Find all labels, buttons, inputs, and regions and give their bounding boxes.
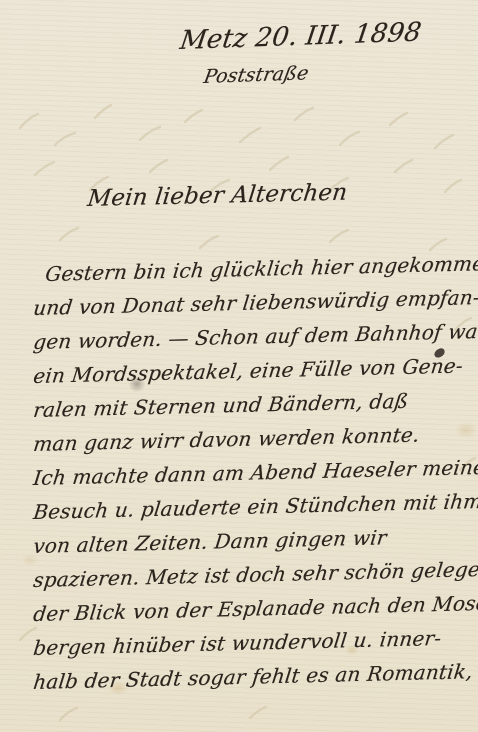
body-line: bergen hinüber ist wundervoll u. inner-	[32, 626, 443, 660]
body-line: und von Donat sehr liebenswürdig empfan-	[32, 285, 478, 320]
body-line: spazieren. Metz ist doch sehr schön gele…	[32, 557, 478, 592]
body-line: Besuch u. plauderte ein Stündchen mit ih…	[32, 489, 478, 524]
dateline: Metz 20. III. 1898	[178, 17, 423, 56]
body-line: man ganz wirr davon werden konnte.	[32, 422, 421, 456]
body-line: gen worden. — Schon auf dem Bahnhof war	[32, 319, 478, 354]
letter-page: Metz 20. III. 1898 Poststraße Mein liebe…	[0, 0, 478, 732]
address-line: Poststraße	[202, 62, 310, 88]
salutation: Mein lieber Alterchen	[86, 180, 349, 212]
body-line: Gestern bin ich glücklich hier angekomme…	[44, 251, 478, 286]
body-line: der Blick von der Esplanade nach den Mos…	[32, 590, 478, 626]
body-line: ralen mit Sternen und Bändern, daß	[32, 389, 410, 422]
body-line: von alten Zeiten. Dann gingen wir	[32, 525, 388, 558]
body-line: Ich machte dann am Abend Haeseler meinen	[32, 455, 478, 490]
body-line: ein Mordsspektakel, eine Fülle von Gene-	[32, 353, 464, 388]
body-line: halb der Stadt sogar fehlt es an Romanti…	[32, 659, 474, 694]
